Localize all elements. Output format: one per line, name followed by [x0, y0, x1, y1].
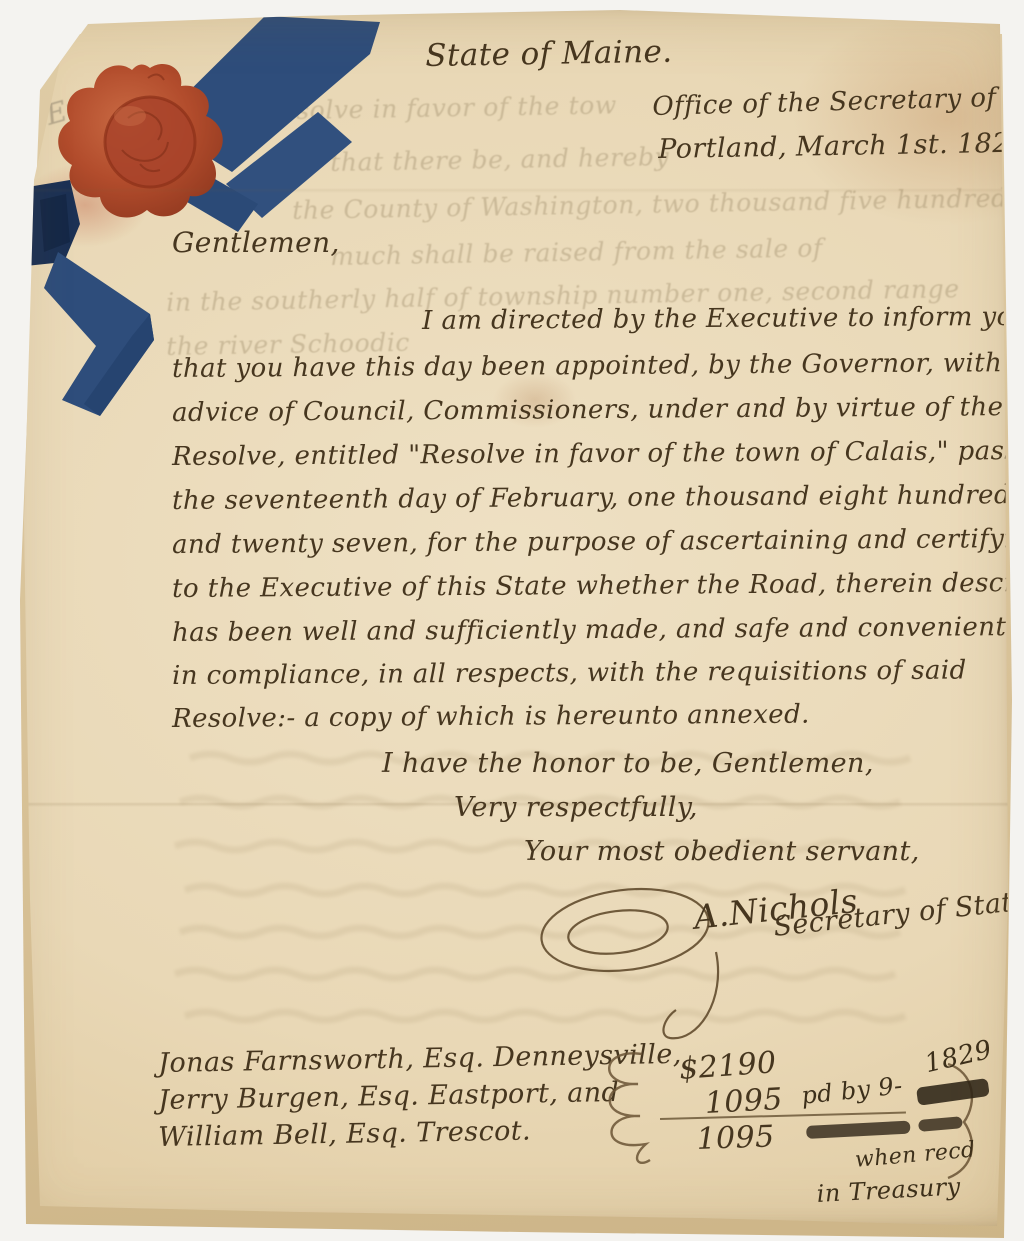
- body-line: Resolve:- a copy of which is hereunto an…: [172, 700, 810, 734]
- ghost-line: the river Schoodic: [166, 328, 410, 361]
- strikeout-blob: [918, 1116, 963, 1132]
- closing-servant: Your most obedient servant,: [524, 836, 920, 867]
- recipient-line: William Bell, Esq. Trescot.: [158, 1115, 531, 1153]
- sum-line: [660, 1112, 906, 1120]
- body-line: has been well and sufficiently made, and…: [172, 612, 1015, 648]
- letter-heading: State of Maine.: [425, 34, 673, 74]
- body-line: Resolve, entitled "Resolve in favor of t…: [172, 436, 1024, 472]
- note-year: 1829: [922, 1035, 995, 1079]
- recipient-line: Jerry Burgen, Esq. Eastport, and: [158, 1077, 619, 1116]
- body-line: advice of Council, Commissioners, under …: [172, 392, 1003, 428]
- amount-total: $2190: [678, 1045, 778, 1087]
- body-line: the seventeenth day of February, one tho…: [172, 480, 1011, 516]
- body-line: to the Executive of this State whether t…: [172, 568, 1024, 604]
- recipient-line: Jonas Farnsworth, Esq. Denneysville,: [158, 1039, 682, 1079]
- ribbon-and-seal: [0, 0, 420, 440]
- ribbon-icon: [22, 16, 380, 416]
- honor-line: I have the honor to be, Gentlemen,: [382, 748, 874, 779]
- signature: A.Nichols: [692, 881, 860, 937]
- body-line: and twenty seven, for the purpose of asc…: [172, 524, 1024, 560]
- amount-half-2: 1095: [696, 1119, 775, 1157]
- body-line: in compliance, in all respects, with the…: [172, 655, 967, 691]
- ghost-scribble-lines: [0, 0, 1024, 1241]
- ghost-line: that there be, and hereby: [330, 142, 670, 177]
- dateline: Portland, March 1st. 1828.: [658, 127, 1024, 165]
- note-treasury: in Treasury: [816, 1172, 961, 1207]
- letter-paper: solve in favor of the tow that there be,…: [0, 0, 1024, 1241]
- salutation: Gentlemen,: [172, 226, 340, 259]
- signature-title: Secretary of State: [772, 885, 1024, 943]
- office-line: Office of the Secretary of State,: [652, 81, 1024, 122]
- wax-seal-icon: [58, 64, 223, 217]
- signature-flourish: [530, 860, 830, 1080]
- closing-respectfully: Very respectfully,: [454, 792, 698, 823]
- body-line: I am directed by the Executive to inform…: [422, 302, 1024, 336]
- ghost-line: solve in favor of the tow: [296, 90, 617, 125]
- body-line: that you have this day been appointed, b…: [172, 348, 1002, 384]
- amount-half-1: 1095: [704, 1082, 784, 1121]
- ghost-line: in the southerly half of township number…: [166, 274, 960, 317]
- brace-loops: [580, 1042, 1000, 1202]
- strikeout-blob: [916, 1078, 990, 1106]
- ghost-line: much shall be raised from the sale of: [330, 233, 823, 271]
- strikeout-blob: [806, 1121, 911, 1139]
- ghost-line: the County of Washington, two thousand f…: [292, 184, 1008, 225]
- note-paid: pd by 9-: [800, 1071, 904, 1109]
- document-scan: solve in favor of the tow that there be,…: [0, 0, 1024, 1241]
- note-received: when recd: [854, 1137, 976, 1172]
